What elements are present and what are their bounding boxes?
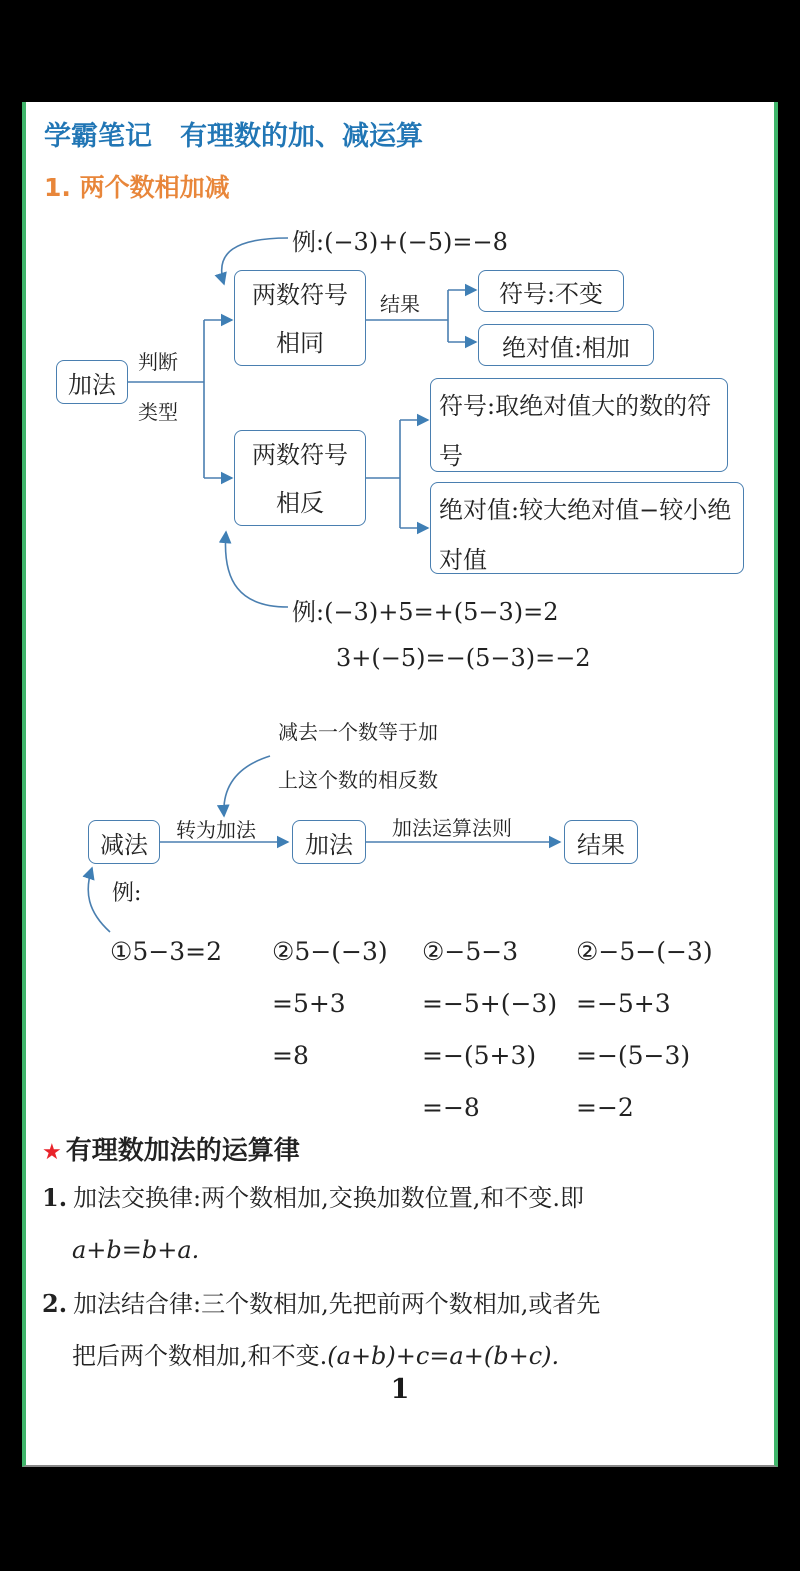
laws-heading-text: 有理数加法的运算律 <box>66 1136 300 1166</box>
node-subtraction-label: 减法 <box>100 825 148 860</box>
calc-line: =−(5−3) <box>576 1030 713 1082</box>
law-associative: 2.加法结合律:三个数相加,先把前两个数相加,或者先 把后两个数相加,和不变.(… <box>42 1278 762 1382</box>
law-formula: a+b=b+a. <box>72 1236 199 1264</box>
node-result-label: 结果 <box>577 825 625 860</box>
node-opposite-sign-line2: 相反 <box>235 479 365 527</box>
calc-line: ②−5−(−3) <box>576 926 713 978</box>
result-sign-unchanged-text: 符号:不变 <box>499 274 603 309</box>
law-text: 加法结合律:三个数相加,先把前两个数相加,或者先 <box>73 1290 600 1318</box>
calc-line: =−5+3 <box>576 978 713 1030</box>
laws-heading: ★有理数加法的运算律 <box>42 1130 300 1167</box>
node-subtraction: 减法 <box>88 820 160 864</box>
calc-line: ②5−(−3) <box>272 926 388 978</box>
note-line-2: 上这个数的相反数 <box>278 764 438 793</box>
node-same-sign: 两数符号 相同 <box>234 270 366 366</box>
calc-line: =−(5+3) <box>422 1030 557 1082</box>
result-abs-add-text: 绝对值:相加 <box>502 328 630 363</box>
star-icon: ★ <box>42 1140 62 1165</box>
page-number: 1 <box>26 1374 774 1405</box>
label-type: 类型 <box>138 396 178 425</box>
node-opposite-sign: 两数符号 相反 <box>234 430 366 526</box>
node-same-sign-line2: 相同 <box>235 319 365 367</box>
label-result: 结果 <box>380 288 420 317</box>
calc-line: ②−5−3 <box>422 926 557 978</box>
calc-line: =8 <box>272 1030 388 1082</box>
edge-label-rule: 加法运算法则 <box>392 812 512 841</box>
result-abs-subtract-text: 绝对值:较大绝对值−较小绝对值 <box>439 496 731 574</box>
example-col-4: ②−5−(−3) =−5+3 =−(5−3) =−2 <box>576 926 713 1134</box>
calc-line: =−5+(−3) <box>422 978 557 1030</box>
node-addition-2-label: 加法 <box>305 825 353 860</box>
law-text-cont: 把后两个数相加,和不变. <box>72 1342 327 1370</box>
node-addition-2: 加法 <box>292 820 366 864</box>
result-sign-unchanged: 符号:不变 <box>478 270 624 312</box>
result-abs-subtract: 绝对值:较大绝对值−较小绝对值 <box>430 482 744 574</box>
calc-line: =−8 <box>422 1082 557 1134</box>
example-col-2: ②5−(−3) =5+3 =8 <box>272 926 388 1082</box>
node-addition: 加法 <box>56 360 128 404</box>
node-result: 结果 <box>564 820 638 864</box>
result-sign-larger-abs-text: 符号:取绝对值大的数的符号 <box>439 392 711 470</box>
calc-line: =−2 <box>576 1082 713 1134</box>
result-sign-larger-abs: 符号:取绝对值大的数的符号 <box>430 378 728 472</box>
note-page: 学霸笔记有理数的加、减运算 1. 两个数相加减 <box>22 102 778 1467</box>
law-number: 2. <box>42 1289 67 1318</box>
example-same-sign: 例:(−3)+(−5)=−8 <box>292 222 508 257</box>
example-col-1: ①5−3=2 <box>110 926 222 978</box>
label-judge: 判断 <box>138 346 178 375</box>
law-commutative: 1.加法交换律:两个数相加,交换加数位置,和不变.即 a+b=b+a. <box>42 1172 762 1276</box>
result-abs-add: 绝对值:相加 <box>478 324 654 366</box>
calc-line: =5+3 <box>272 978 388 1030</box>
example-opposite-sign-1: 例:(−3)+5=+(5−3)=2 <box>292 592 559 627</box>
example-opposite-sign-2: 3+(−5)=−(5−3)=−2 <box>336 644 591 672</box>
node-opposite-sign-line1: 两数符号 <box>235 431 365 479</box>
node-addition-label: 加法 <box>68 365 116 400</box>
edge-label-convert: 转为加法 <box>176 814 256 843</box>
node-same-sign-line1: 两数符号 <box>235 271 365 319</box>
example-label: 例: <box>112 876 141 907</box>
example-col-3: ②−5−3 =−5+(−3) =−(5+3) =−8 <box>422 926 557 1134</box>
law-number: 1. <box>42 1183 67 1212</box>
note-line-1: 减去一个数等于加 <box>278 716 438 745</box>
calc-line: ①5−3=2 <box>110 926 222 978</box>
law-text: 加法交换律:两个数相加,交换加数位置,和不变.即 <box>73 1184 584 1212</box>
law-formula: (a+b)+c=a+(b+c). <box>327 1342 559 1370</box>
